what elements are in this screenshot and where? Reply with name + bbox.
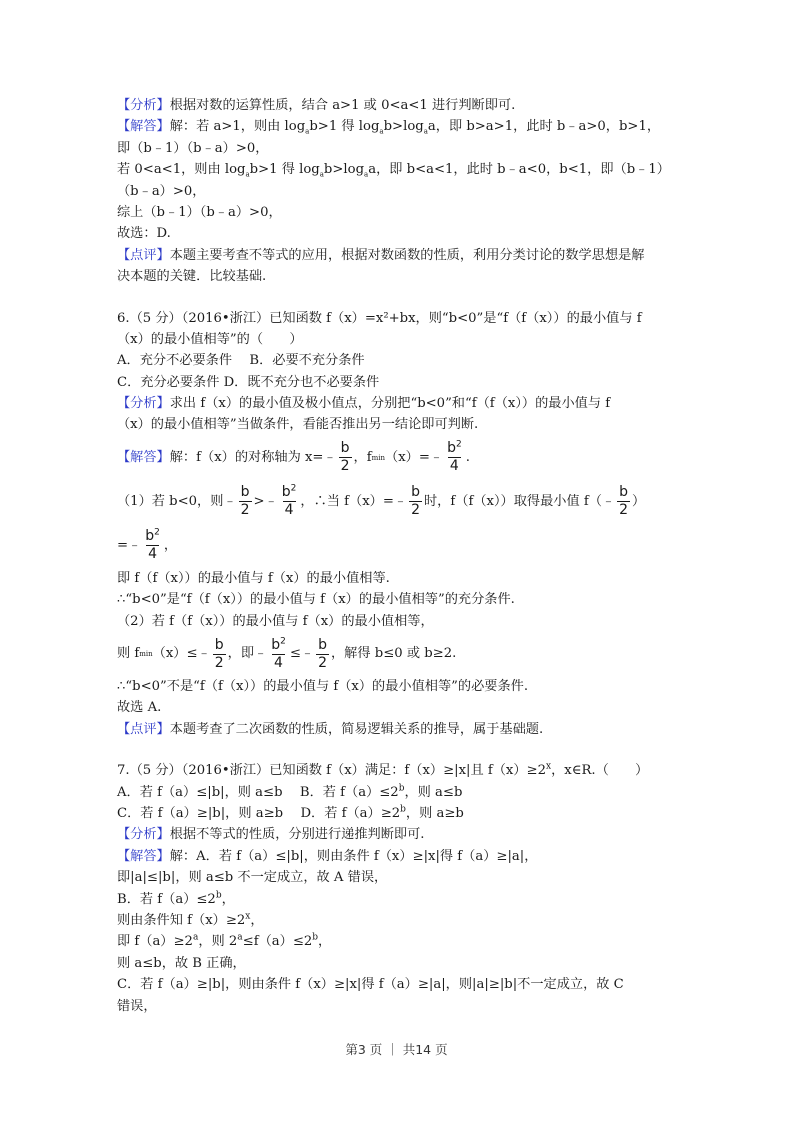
q7-answer-line-3: B．若 f（a）≤2b， — [117, 889, 682, 910]
text: ， — [318, 934, 331, 949]
fraction: b2 — [617, 484, 630, 519]
answer-label: 【解答】 — [117, 849, 170, 864]
fraction: b24 — [143, 528, 162, 563]
superscript: 2 — [291, 484, 297, 494]
fraction: b2 — [339, 440, 352, 475]
q7-answer-line-5: 即 f（a）≥2a，则 2a≤f（a）≤2b， — [117, 931, 682, 952]
text: （x）=﹣ — [385, 447, 443, 468]
text: 求出 f（x）的最小值及极小值点，分别把“b<0”和“f（f（x））的最小值与 … — [170, 396, 610, 411]
text: b>1 得 log — [250, 162, 320, 177]
denominator: 2 — [617, 501, 630, 519]
document-page: 【分析】根据对数的运算性质，结合 a>1 或 0<a<1 进行判断即可. 【解答… — [0, 0, 793, 1122]
q5-answer-line-3: 若 0<a<1，则由 logab>1 得 logab>logaa，即 b<a<1… — [117, 159, 682, 180]
text: 根据不等式的性质，分别进行递推判断即可. — [170, 827, 425, 842]
text: =﹣ — [117, 535, 141, 556]
denominator: 4 — [283, 501, 296, 519]
text: ，解得 b≤0 或 b≥2. — [331, 643, 456, 664]
text: 则由条件知 f（x）≥2 — [117, 913, 245, 928]
text: a，即 b>a>1，此时 b﹣a>0，b>1， — [428, 119, 660, 134]
page-footer: 第3 页 ｜ 共14 页 — [0, 1040, 793, 1058]
q5-answer-line-5: 综上（b﹣1）（b﹣a）>0， — [117, 202, 682, 223]
text: ，则 2 — [198, 934, 237, 949]
superscript: 2 — [280, 636, 286, 646]
denominator: 2 — [316, 654, 329, 672]
q6-answer-line-8: ∴“b<0”不是“f（f（x））的最小值与 f（x）的最小值相等”的必要条件. — [117, 676, 682, 697]
q5-answer-line-1: 【解答】解：若 a>1，则由 logab>1 得 logab>logaa，即 b… — [117, 116, 682, 137]
q7-answer-line-8: 错误， — [117, 996, 682, 1017]
q6-options-line-2: C．充分必要条件 D．既不充分也不必要条件 — [117, 372, 682, 393]
q6-analysis-line-2: （x）的最小值相等”当做条件，看能否推出另一结论即可判断. — [117, 414, 682, 435]
q6-stem-line-2: （x）的最小值相等”的（ ） — [117, 329, 682, 350]
q7-answer-line-6: 则 a≤b，故 B 正确， — [117, 953, 682, 974]
analysis-label: 【分析】 — [117, 98, 170, 113]
q6-answer-line-9: 故选 A. — [117, 697, 682, 718]
q5-answer-line-4: （b﹣a）>0， — [117, 181, 682, 202]
text: 解：f（x）的对称轴为 x=﹣ — [170, 447, 337, 468]
text: b>log — [324, 162, 364, 177]
denominator: 4 — [272, 654, 285, 672]
q5-analysis: 【分析】根据对数的运算性质，结合 a>1 或 0<a<1 进行判断即可. — [117, 95, 682, 116]
denominator: 2 — [339, 457, 352, 475]
q7-answer-line-2: 即|a|≤|b|，则 a≤b 不一定成立，故 A 错误， — [117, 867, 682, 888]
text: 7.（5 分）（2016•浙江）已知函数 f（x）满足：f（x）≥|x|且 f（… — [117, 763, 546, 778]
text: ，f — [354, 447, 372, 468]
text: 解：A．若 f（a）≤|b|，则由条件 f（x）≥|x|得 f（a）≥|a|， — [170, 849, 538, 864]
text: ，则 a≤b — [404, 785, 462, 800]
text: B．若 f（a）≤2 — [117, 892, 216, 907]
text: ≤﹣ — [290, 643, 314, 664]
text: ， — [250, 913, 263, 928]
text: 本题主要考查不等式的应用，根据对数函数的性质，利用分类讨论的数学思想是解 — [170, 248, 645, 263]
numerator: b — [239, 484, 252, 501]
q7-options-line-2: C．若 f（a）≥|b|，则 a≥b D．若 f（a）≥2b，则 a≥b — [117, 803, 682, 824]
text: ， — [222, 892, 235, 907]
text: ，x∈R.（ ） — [551, 763, 648, 778]
text: b — [271, 637, 280, 653]
numerator: b — [339, 440, 352, 457]
denominator: 4 — [146, 545, 159, 563]
text: A．若 f（a）≤|b|，则 a≤b B．若 f（a）≤2 — [117, 785, 399, 800]
q6-answer-line-3: =﹣ b24 ， — [117, 524, 682, 568]
text: ， — [164, 535, 177, 556]
q7-options-line-1: A．若 f（a）≤|b|，则 a≤b B．若 f（a）≤2b，则 a≤b — [117, 782, 682, 803]
numerator: b — [316, 637, 329, 654]
answer-label: 【解答】 — [117, 447, 170, 468]
q5-analysis-text: 根据对数的运算性质，结合 a>1 或 0<a<1 进行判断即可. — [170, 98, 516, 113]
spacer — [117, 740, 682, 760]
q6-answer-line-1: 【解答】解：f（x）的对称轴为 x=﹣ b2 ，fmin（x）=﹣ b24. — [117, 436, 682, 480]
q7-answer-line-1: 【解答】解：A．若 f（a）≤|b|，则由条件 f（x）≥|x|得 f（a）≥|… — [117, 846, 682, 867]
q7-stem: 7.（5 分）（2016•浙江）已知函数 f（x）满足：f（x）≥|x|且 f（… — [117, 760, 682, 781]
text: C．若 f（a）≥|b|，则 a≥b D．若 f（a）≥2 — [117, 806, 400, 821]
numerator: b2 — [269, 637, 288, 654]
text: 则 f — [117, 643, 139, 664]
denominator: 2 — [213, 654, 226, 672]
denominator: 2 — [409, 501, 422, 519]
q5-comment-line-2: 决本题的关键．比较基础. — [117, 266, 682, 287]
q6-answer-line-6: （2）若 f（f（x））的最小值与 f（x）的最小值相等， — [117, 611, 682, 632]
spacer — [117, 288, 682, 308]
text: ≤f（a）≤2 — [243, 934, 313, 949]
text: a，即 b<a<1，此时 b﹣a<0，b<1，即（b﹣1） — [368, 162, 670, 177]
fraction: b24 — [445, 440, 464, 475]
analysis-label: 【分析】 — [117, 396, 170, 411]
fraction: b2 — [239, 484, 252, 519]
denominator: 4 — [448, 457, 461, 475]
text: >﹣ — [254, 491, 278, 512]
numerator: b — [213, 637, 226, 654]
text: 解：若 a>1，则由 log — [170, 119, 305, 134]
q5-comment: 【点评】本题主要考查不等式的应用，根据对数函数的性质，利用分类讨论的数学思想是解 — [117, 245, 682, 266]
q5-answer-line-2: 即（b﹣1）（b﹣a）>0， — [117, 138, 682, 159]
text: 时，f（f（x））取得最小值 f（﹣ — [424, 491, 615, 512]
q5-answer-line-6: 故选：D. — [117, 223, 682, 244]
q6-answer-line-7: 则 fmin（x）≤﹣ b2 ，即﹣ b24 ≤﹣ b2 ，解得 b≤0 或 b… — [117, 632, 682, 676]
q7-analysis: 【分析】根据不等式的性质，分别进行递推判断即可. — [117, 824, 682, 845]
text: ，∴当 f（x）=﹣ — [300, 491, 407, 512]
text: 若 0<a<1，则由 log — [117, 162, 245, 177]
text: b — [145, 528, 154, 544]
numerator: b — [617, 484, 630, 501]
q6-analysis: 【分析】求出 f（x）的最小值及极小值点，分别把“b<0”和“f（f（x））的最… — [117, 393, 682, 414]
comment-label: 【点评】 — [117, 248, 170, 263]
q6-options-line-1: A．充分不必要条件 B．必要不充分条件 — [117, 350, 682, 371]
numerator: b2 — [143, 528, 162, 545]
comment-label: 【点评】 — [117, 722, 170, 737]
text: b — [282, 484, 291, 500]
text: ，则 a≥b — [406, 806, 464, 821]
fraction: b2 — [213, 637, 226, 672]
denominator: 2 — [239, 501, 252, 519]
q6-answer-line-5: ∴“b<0”是“f（f（x））的最小值与 f（x）的最小值相等”的充分条件. — [117, 589, 682, 610]
q7-answer-line-7: C．若 f（a）≥|b|，则由条件 f（x）≥|x|得 f（a）≥|a|，则|a… — [117, 974, 682, 995]
text: 即 f（a）≥2 — [117, 934, 193, 949]
fraction: b24 — [269, 637, 288, 672]
text: ，即﹣ — [228, 643, 268, 664]
superscript: 2 — [154, 528, 160, 538]
numerator: b2 — [445, 440, 464, 457]
q6-comment: 【点评】本题考查了二次函数的性质，简易逻辑关系的推导，属于基础题. — [117, 719, 682, 740]
answer-label: 【解答】 — [117, 119, 170, 134]
page-content: 【分析】根据对数的运算性质，结合 a>1 或 0<a<1 进行判断即可. 【解答… — [117, 95, 682, 1017]
fraction: b2 — [316, 637, 329, 672]
q6-stem-line-1: 6.（5 分）（2016•浙江）已知函数 f（x）=x²+bx，则“b<0”是“… — [117, 308, 682, 329]
q6-answer-line-2: （1）若 b<0，则﹣ b2 >﹣ b24 ，∴当 f（x）=﹣ b2 时，f（… — [117, 480, 682, 524]
text: （1）若 b<0，则﹣ — [117, 491, 237, 512]
fraction: b24 — [280, 484, 299, 519]
text: b>1 得 log — [309, 119, 379, 134]
text: ） — [632, 491, 645, 512]
text: （x）≤﹣ — [153, 643, 211, 664]
analysis-label: 【分析】 — [117, 827, 170, 842]
text: b — [447, 440, 456, 456]
q6-answer-line-4: 即 f（f（x））的最小值与 f（x）的最小值相等. — [117, 568, 682, 589]
text: b>log — [384, 119, 424, 134]
fraction: b2 — [409, 484, 422, 519]
superscript: 2 — [456, 440, 462, 450]
numerator: b2 — [280, 484, 299, 501]
numerator: b — [409, 484, 422, 501]
q7-answer-line-4: 则由条件知 f（x）≥2x， — [117, 910, 682, 931]
text: 本题考查了二次函数的性质，简易逻辑关系的推导，属于基础题. — [170, 722, 543, 737]
